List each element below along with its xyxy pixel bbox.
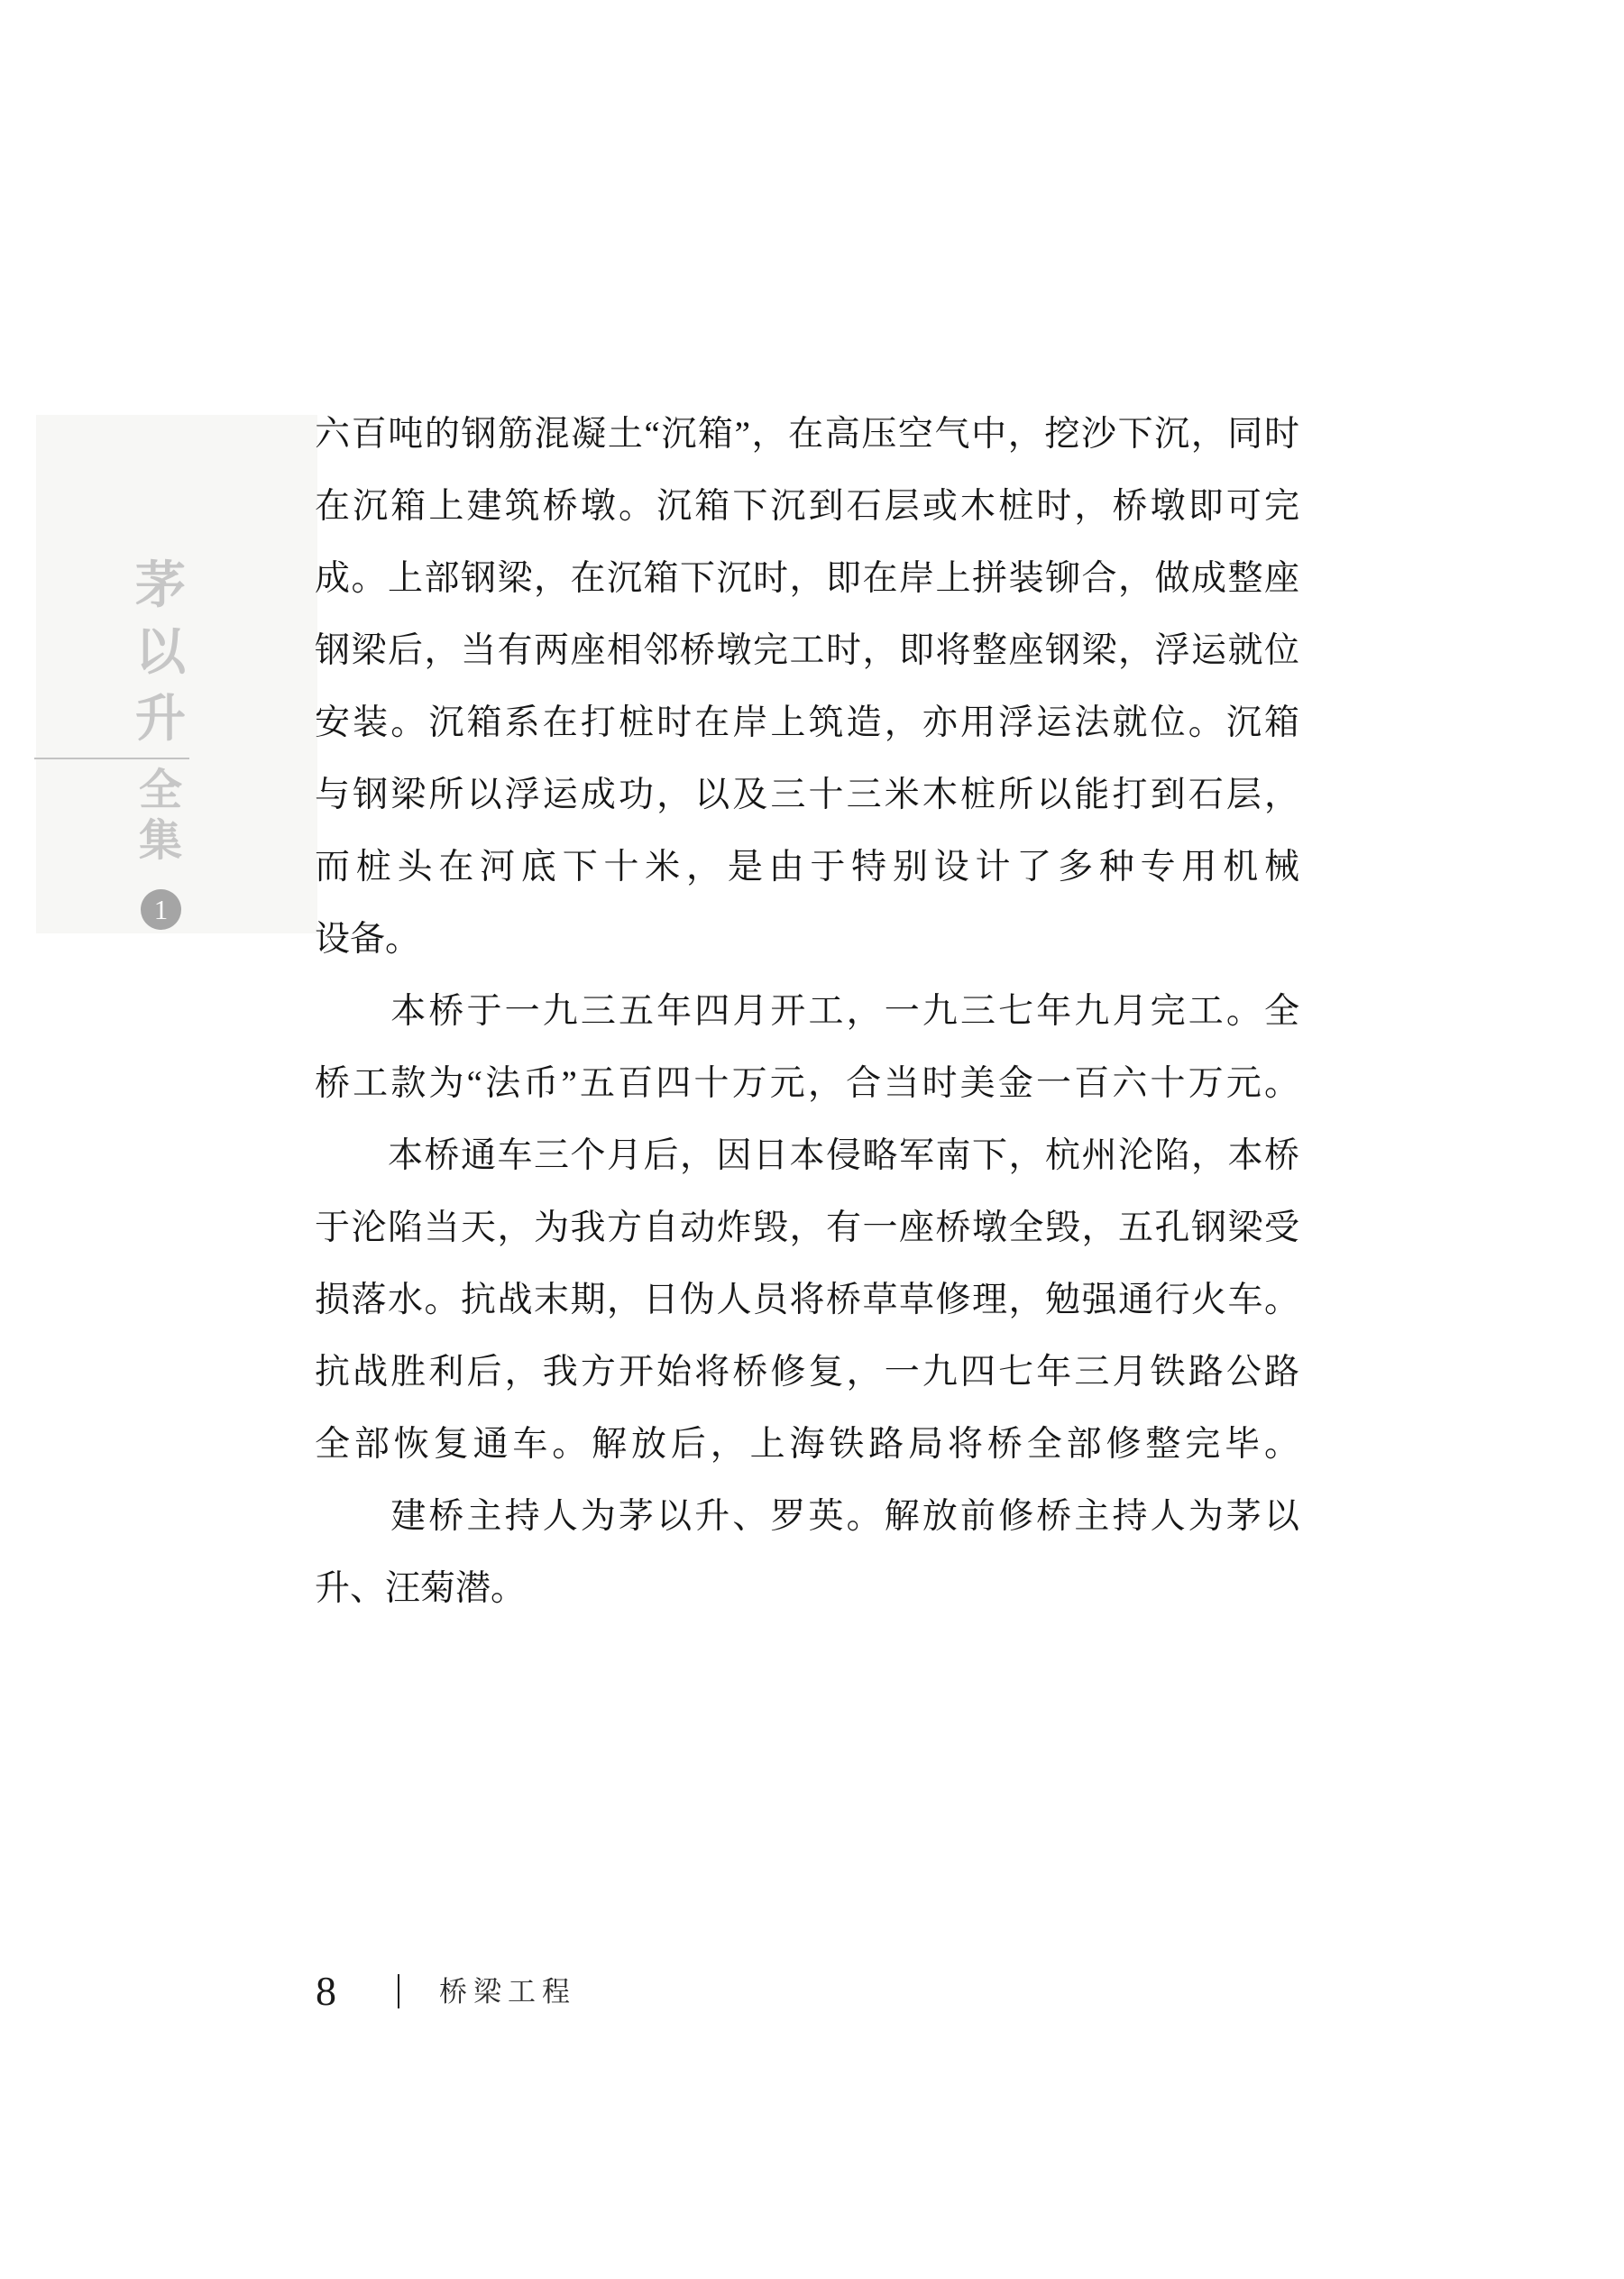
text-line-5: 安装。沉箱系在打桩时在岸上筑造，亦用浮运法就位。沉箱	[315, 687, 1299, 759]
text-line-9: 本桥于一九三五年四月开工，一九三七年九月完工。全	[315, 976, 1299, 1048]
sidebar-subtitle-char-2: 集	[133, 817, 188, 866]
sidebar-subtitle-char-1: 全	[133, 767, 188, 815]
footer-divider	[398, 1974, 399, 2008]
text-line-2: 在沉箱上建筑桥墩。沉箱下沉到石层或木桩时，桥墩即可完	[315, 471, 1299, 543]
book-page: 茅 以 升 全 集 1 六百吨的钢筋混凝土“沉箱”，在高压空气中，挖沙下沉，同时…	[0, 0, 1624, 2279]
sidebar-banner: 茅 以 升 全 集 1	[36, 415, 317, 933]
footer-book-title: 桥梁工程	[439, 1978, 576, 2006]
volume-badge: 1	[141, 889, 181, 930]
text-line-15: 全部恢复通车。解放后，上海铁路局将桥全部修整完毕。	[315, 1409, 1299, 1481]
sidebar-title-char-2: 以	[130, 624, 191, 682]
sidebar-divider	[34, 758, 189, 759]
page-number: 8	[316, 1964, 336, 2018]
text-line-4: 钢梁后，当有两座相邻桥墩完工时，即将整座钢梁，浮运就位	[315, 615, 1299, 687]
text-line-7: 而桩头在河底下十米，是由于特别设计了多种专用机械	[315, 832, 1299, 904]
text-line-13: 损落水。抗战末期，日伪人员将桥草草修理，勉强通行火车。	[315, 1264, 1299, 1337]
text-line-1: 六百吨的钢筋混凝土“沉箱”，在高压空气中，挖沙下沉，同时	[315, 399, 1299, 471]
text-line-11: 本桥通车三个月后，因日本侵略军南下，杭州沦陷，本桥	[315, 1120, 1299, 1192]
text-line-14: 抗战胜利后，我方开始将桥修复，一九四七年三月铁路公路	[315, 1337, 1299, 1409]
text-line-10: 桥工款为“法币”五百四十万元，合当时美金一百六十万元。	[315, 1048, 1299, 1120]
page-footer: 8 桥梁工程	[0, 1964, 1624, 2018]
text-line-3: 成。上部钢梁，在沉箱下沉时，即在岸上拼装铆合，做成整座	[315, 543, 1299, 615]
text-line-12: 于沦陷当天，为我方自动炸毁，有一座桥墩全毁，五孔钢梁受	[315, 1192, 1299, 1264]
volume-number: 1	[154, 896, 169, 924]
text-line-17: 升、汪菊潜。	[315, 1553, 1299, 1625]
main-text: 六百吨的钢筋混凝土“沉箱”，在高压空气中，挖沙下沉，同时 在沉箱上建筑桥墩。沉箱…	[315, 399, 1299, 1625]
text-line-16: 建桥主持人为茅以升、罗英。解放前修桥主持人为茅以	[315, 1481, 1299, 1553]
sidebar-title-char-3: 升	[130, 691, 191, 749]
text-line-8: 设备。	[315, 904, 1299, 976]
sidebar-title-char-1: 茅	[130, 557, 191, 615]
text-line-6: 与钢梁所以浮运成功，以及三十三米木桩所以能打到石层，	[315, 759, 1299, 832]
